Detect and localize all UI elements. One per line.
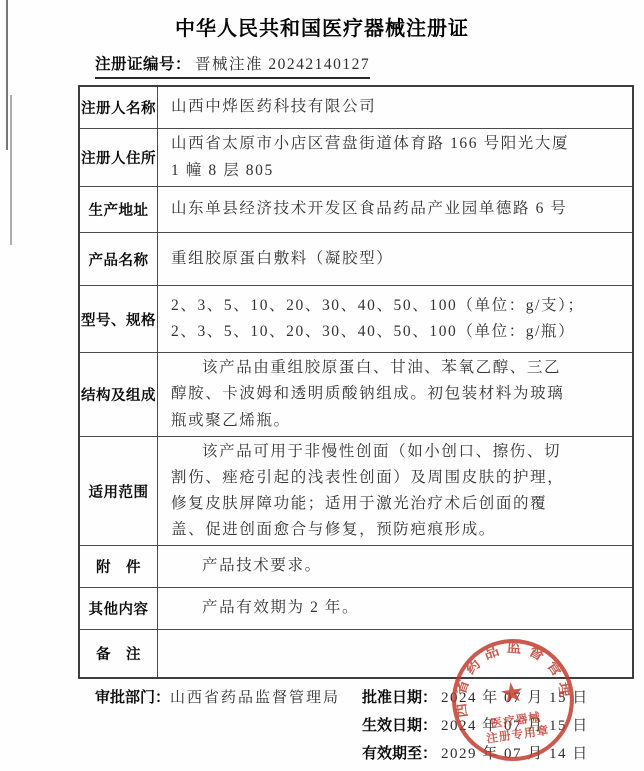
row-label: 产品名称 [80,233,158,285]
table-row-structure-composition: 结构及组成 该产品由重组胶原蛋白、甘油、苯氧乙醇、三乙 醇胺、卡波姆和透明质酸钠… [80,352,632,436]
row-value: 产品技术要求。 [158,546,632,587]
table-row-remarks: 备 注 [80,629,632,677]
cert-number-label: 注册证编号： [95,56,191,73]
row-value-text: 2、3、5、10、20、30、40、50、100（单位：g/支）； 2、3、5、… [171,293,622,345]
page-title: 中华人民共和国医疗器械注册证 [0,12,644,41]
row-value-text: 产品有效期为 2 年。 [171,595,622,621]
row-value: 2、3、5、10、20、30、40、50、100（单位：g/支）； 2、3、5、… [158,286,632,352]
approval-department-line: 审批部门：山西省药品监督管理局 [95,686,340,707]
scan-edge-artifact [10,95,12,245]
row-label: 附 件 [80,546,158,587]
date-block: 批准日期：2024 年 07 月 15 日 生效日期：2024 年 07 月 1… [362,686,589,770]
table-row-attachment: 附 件 产品技术要求。 [80,545,632,587]
effective-date-label: 生效日期： [362,717,437,734]
table-row-registrant-address: 注册人住所 山西省太原市小店区营盘街道体育路 166 号阳光大厦 1 幢 8 层… [80,128,632,186]
certificate-page: 中华人民共和国医疗器械注册证 注册证编号：晋械注准 20242140127 注册… [0,0,644,771]
expiry-date-value: 2029 年 07 月 14 日 [437,746,589,762]
row-value: 该产品可用于非慢性创面（如小创口、擦伤、切 割伤、痤疮引起的浅表性创面）及周围皮… [158,437,632,545]
row-label: 备 注 [80,630,158,677]
row-value-text: 山西省太原市小店区营盘街道体育路 166 号阳光大厦 1 幢 8 层 805 [171,131,622,183]
effective-date-line: 生效日期：2024 年 07 月 15 日 [362,714,589,735]
row-value-text: 山东单县经济技术开发区食品药品产业园单德路 6 号 [171,196,622,222]
row-value: 产品有效期为 2 年。 [158,588,632,629]
table-row-other-content: 其他内容 产品有效期为 2 年。 [80,587,632,629]
effective-date-value: 2024 年 07 月 15 日 [437,718,589,734]
row-value-text: 重组胶原蛋白敷料（凝胶型） [171,246,622,272]
row-label: 结构及组成 [80,353,158,436]
certificate-table: 注册人名称 山西中烨医药科技有限公司 注册人住所 山西省太原市小店区营盘街道体育… [78,85,634,679]
expiry-date-line: 有效期至：2029 年 07 月 14 日 [362,742,589,763]
row-value: 山西中烨医药科技有限公司 [158,87,632,128]
row-value-text: 该产品可用于非慢性创面（如小创口、擦伤、切 割伤、痤疮引起的浅表性创面）及周围皮… [171,439,622,543]
approval-date-label: 批准日期： [362,689,437,706]
approval-department-label: 审批部门： [95,689,170,706]
table-row-intended-use: 适用范围 该产品可用于非慢性创面（如小创口、擦伤、切 割伤、痤疮引起的浅表性创面… [80,436,632,545]
row-label: 适用范围 [80,437,158,545]
table-row-product-name: 产品名称 重组胶原蛋白敷料（凝胶型） [80,232,632,285]
row-value-text: 山西中烨医药科技有限公司 [171,94,622,120]
row-label: 生产地址 [80,187,158,232]
table-row-production-address: 生产地址 山东单县经济技术开发区食品药品产业园单德路 6 号 [80,186,632,232]
row-value: 山东单县经济技术开发区食品药品产业园单德路 6 号 [158,187,632,232]
row-label: 其他内容 [80,588,158,629]
row-label: 型号、规格 [80,286,158,352]
expiry-date-label: 有效期至： [362,745,437,762]
table-row-model-spec: 型号、规格 2、3、5、10、20、30、40、50、100（单位：g/支）； … [80,285,632,352]
row-label: 注册人住所 [80,129,158,186]
row-value-text: 产品技术要求。 [171,553,622,579]
approval-date-line: 批准日期：2024 年 07 月 15 日 [362,686,589,707]
row-label: 注册人名称 [80,87,158,128]
approval-department-value: 山西省药品监督管理局 [170,690,340,706]
approval-date-value: 2024 年 07 月 15 日 [437,690,589,706]
row-value-text: 该产品由重组胶原蛋白、甘油、苯氧乙醇、三乙 醇胺、卡波姆和透明质酸钠组成。初包装… [171,355,622,433]
row-value: 重组胶原蛋白敷料（凝胶型） [158,233,632,285]
cert-number-value: 晋械注准 20242140127 [191,56,370,73]
table-row-registrant-name: 注册人名称 山西中烨医药科技有限公司 [80,87,632,128]
cert-number-line: 注册证编号：晋械注准 20242140127 [95,52,370,79]
row-value: 山西省太原市小店区营盘街道体育路 166 号阳光大厦 1 幢 8 层 805 [158,129,632,186]
row-value [158,630,632,677]
row-value: 该产品由重组胶原蛋白、甘油、苯氧乙醇、三乙 醇胺、卡波姆和透明质酸钠组成。初包装… [158,353,632,436]
